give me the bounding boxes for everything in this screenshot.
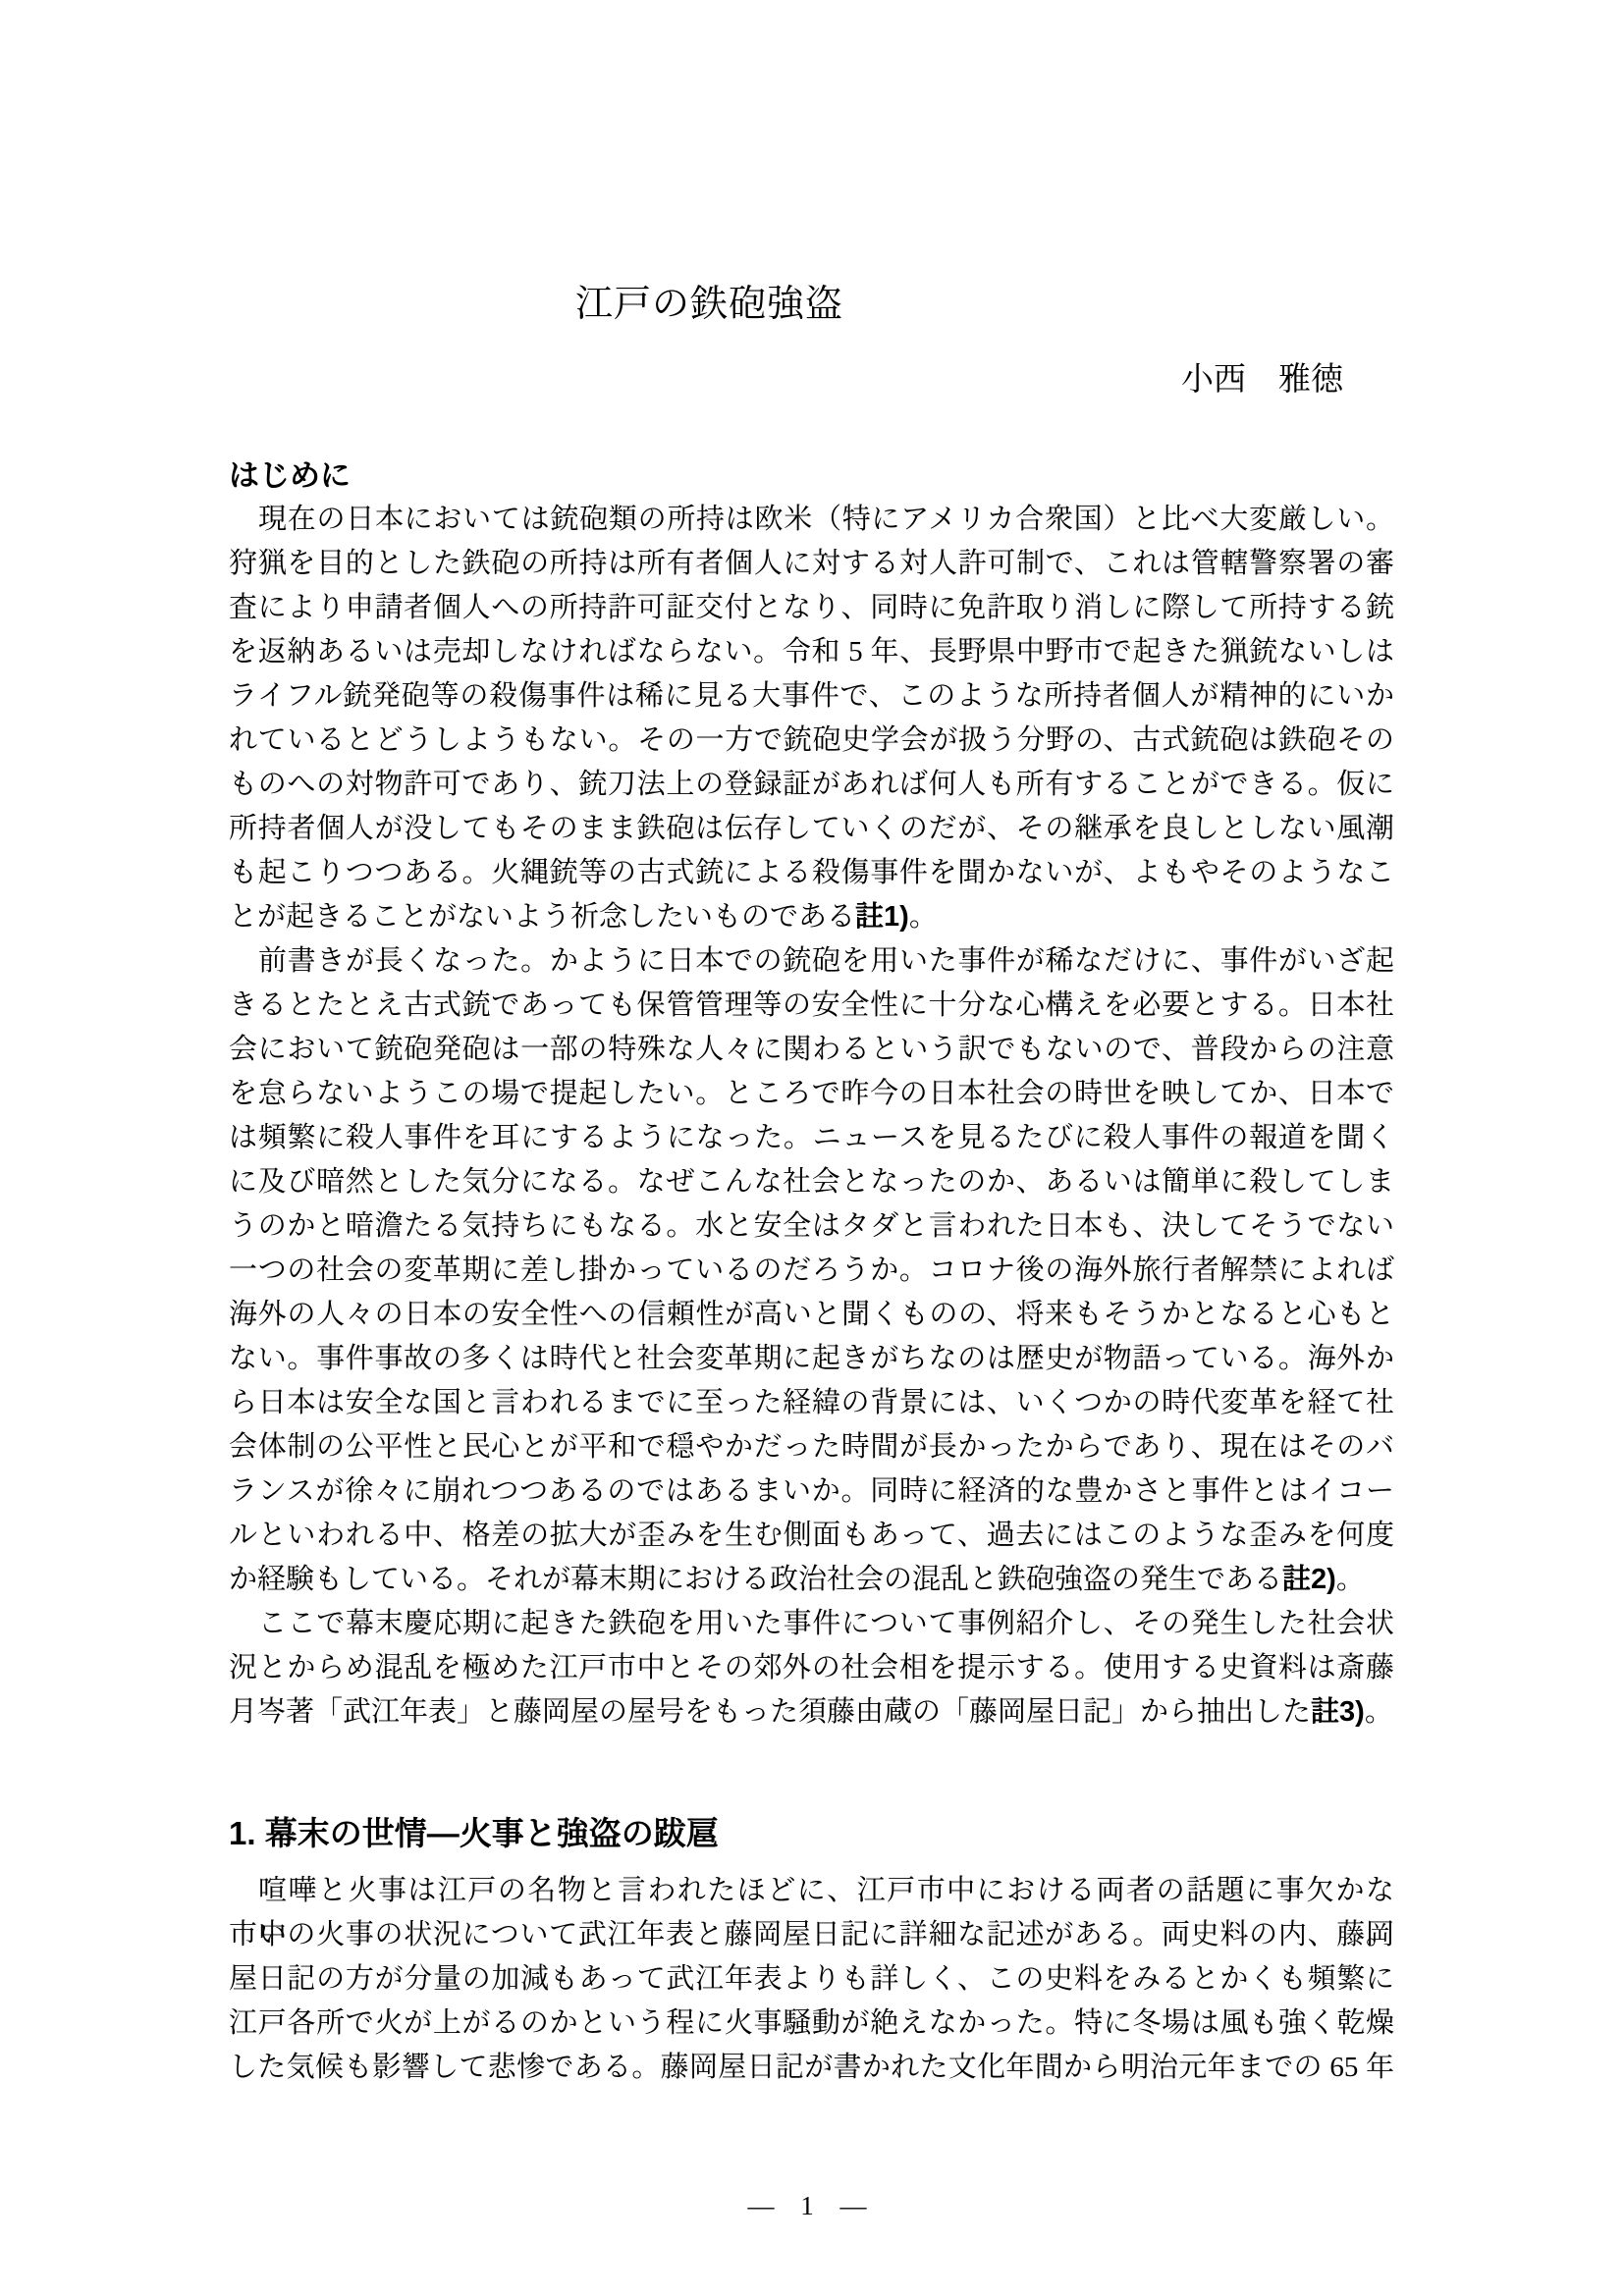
body-line: ものへの対物許可であり、銃刀法上の登録証があれば何人も所有することができる。仮に — [229, 763, 1394, 807]
body-line: 査により申請者個人への所持許可証交付となり、同時に免許取り消しに際して所持する銃 — [229, 586, 1394, 630]
body-line: 海外の人々の日本の安全性への信頼性が高いと聞くものの、将来もそうかとなると心もと — [229, 1293, 1394, 1337]
body-line: 江戸各所で火が上がるのかという程に火事騒動が絶えなかった。特に冬場は風も強く乾燥 — [229, 2002, 1394, 2046]
body-line: れているとどうしようもない。その一方で銃砲史学会が扱う分野の、古式銃砲は鉄砲その — [229, 719, 1394, 763]
document-page: 江戸の鉄砲強盗 小西 雅徳 はじめに現在の日本においては銃砲類の所持は欧米（特に… — [0, 0, 1624, 2296]
body-line: 会において銃砲発砲は一部の特殊な人々に関わるという訳でもないので、普段からの注意 — [229, 1028, 1394, 1072]
body-line: に及び暗然とした気分になる。なぜこんな社会となったのか、あるいは簡単に殺してしま — [229, 1160, 1394, 1204]
body-line: ルといわれる中、格差の拡大が歪みを生む側面もあって、過去にはこのような歪みを何度 — [229, 1514, 1394, 1558]
footnote-marker: 註3) — [1311, 1696, 1365, 1728]
body-line: うのかと暗澹たる気持ちにもなる。水と安全はタダと言われた日本も、決してそうでない — [229, 1204, 1394, 1249]
body-line: 屋日記の方が分量の加減もあって武江年表よりも詳しく、この史料をみるとかくも頻繁に — [229, 1957, 1394, 2002]
body-line: か経験もしている。それが幕末期における政治社会の混乱と鉄砲強盗の発生である註2)… — [229, 1558, 1394, 1602]
author-name: 小西 雅徳 — [229, 359, 1394, 400]
page-number: ― 1 ― — [0, 2191, 1624, 2221]
body-line: 市中の火事の状況について武江年表と藤岡屋日記に詳細な記述がある。両史料の内、藤岡 — [229, 1913, 1394, 1957]
body-line: ライフル銃発砲等の殺傷事件は稀に見る大事件で、このような所持者個人が精神的にいか — [229, 674, 1394, 719]
document-body: はじめに現在の日本においては銃砲類の所持は欧米（特にアメリカ合衆国）と比べ大変厳… — [229, 454, 1394, 2090]
body-line: を返納あるいは売却しなければならない。令和 5 年、長野県中野市で起きた猟銃ない… — [229, 630, 1394, 674]
section-heading: 1. 幕末の世情―火事と強盗の跋扈 — [229, 1811, 1394, 1855]
body-line: きるとたとえ古式銃であっても保管管理等の安全性に十分な心構えを必要とする。日本社 — [229, 984, 1394, 1028]
document-title: 江戸の鉄砲強盗 — [127, 281, 1292, 328]
body-line: 狩猟を目的とした鉄砲の所持は所有者個人に対する対人許可制で、これは管轄警察署の審 — [229, 542, 1394, 586]
paragraph: 現在の日本においては銃砲類の所持は欧米（特にアメリカ合衆国）と比べ大変厳しい。狩… — [229, 498, 1394, 939]
body-line: を怠らないようこの場で提起したい。ところで昨今の日本社会の時世を映してか、日本で — [229, 1072, 1394, 1116]
body-line: 月岑著「武江年表」と藤岡屋の屋号をもった須藤由蔵の「藤岡屋日記」から抽出した註3… — [229, 1690, 1394, 1735]
body-line: は頻繁に殺人事件を耳にするようになった。ニュースを見るたびに殺人事件の報道を聞く — [229, 1116, 1394, 1160]
body-line: 前書きが長くなった。かように日本での銃砲を用いた事件が稀なだけに、事件がいざ起 — [229, 939, 1394, 984]
section-heading: はじめに — [229, 454, 1394, 498]
paragraph: 前書きが長くなった。かように日本での銃砲を用いた事件が稀なだけに、事件がいざ起き… — [229, 939, 1394, 1602]
body-line: 一つの社会の変革期に差し掛かっているのだろうか。コロナ後の海外旅行者解禁によれば — [229, 1249, 1394, 1293]
body-line: ランスが徐々に崩れつつあるのではあるまいか。同時に経済的な豊かさと事件とはイコー — [229, 1469, 1394, 1514]
footnote-marker: 註2) — [1282, 1564, 1336, 1595]
body-line: 況とからめ混乱を極めた江戸市中とその郊外の社会相を提示する。使用する史資料は斎藤 — [229, 1646, 1394, 1690]
body-line: ここで幕末慶応期に起きた鉄砲を用いた事件について事例紹介し、その発生した社会状 — [229, 1602, 1394, 1646]
paragraph: 喧嘩と火事は江戸の名物と言われたほどに、江戸市中における両者の話題に事欠かない。… — [229, 1869, 1394, 2090]
body-line: 現在の日本においては銃砲類の所持は欧米（特にアメリカ合衆国）と比べ大変厳しい。 — [229, 498, 1394, 542]
paragraph: ここで幕末慶応期に起きた鉄砲を用いた事件について事例紹介し、その発生した社会状況… — [229, 1602, 1394, 1735]
body-line: 喧嘩と火事は江戸の名物と言われたほどに、江戸市中における両者の話題に事欠かない。 — [229, 1869, 1394, 1913]
body-line: 会体制の公平性と民心とが平和で穏やかだった時間が長かったからであり、現在はそのバ — [229, 1425, 1394, 1469]
body-line: とが起きることがないよう祈念したいものである註1)。 — [229, 895, 1394, 939]
body-line: も起こりつつある。火縄銃等の古式銃による殺傷事件を聞かないが、よもやそのようなこ — [229, 851, 1394, 895]
footnote-marker: 註1) — [855, 901, 909, 933]
body-line: した気候も影響して悲惨である。藤岡屋日記が書かれた文化年間から明治元年までの 6… — [229, 2046, 1394, 2090]
body-line: 所持者個人が没してもそのまま鉄砲は伝存していくのだが、その継承を良しとしない風潮 — [229, 807, 1394, 851]
body-line: ない。事件事故の多くは時代と社会変革期に起きがちなのは歴史が物語っている。海外か — [229, 1337, 1394, 1381]
body-line: ら日本は安全な国と言われるまでに至った経緯の背景には、いくつかの時代変革を経て社 — [229, 1381, 1394, 1425]
